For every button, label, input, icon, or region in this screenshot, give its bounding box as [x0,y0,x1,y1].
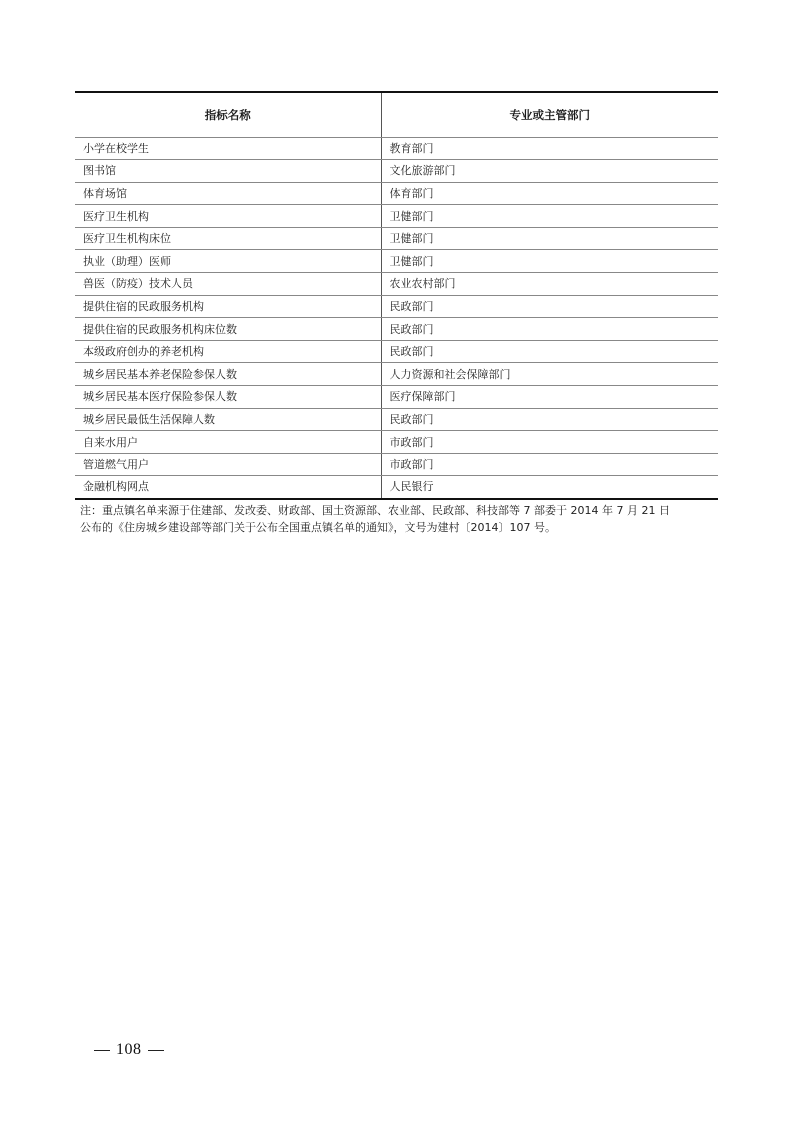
indicator-cell: 城乡居民最低生活保障人数 [75,408,381,431]
table-row: 自来水用户 市政部门 [75,431,718,454]
department-cell: 人力资源和社会保障部门 [381,363,718,386]
indicator-cell: 城乡居民基本医疗保险参保人数 [75,386,381,409]
table-row: 本级政府创办的养老机构 民政部门 [75,340,718,363]
department-cell: 卫健部门 [381,250,718,273]
department-cell: 卫健部门 [381,227,718,250]
document-page: 指标名称 专业或主管部门 小学在校学生 教育部门 图书馆 文化旅游部门 体育场馆… [0,0,793,1122]
table-row: 管道燃气用户 市政部门 [75,453,718,476]
indicator-department-table: 指标名称 专业或主管部门 小学在校学生 教育部门 图书馆 文化旅游部门 体育场馆… [75,91,718,500]
table-row: 体育场馆 体育部门 [75,182,718,205]
table-row: 提供住宿的民政服务机构床位数 民政部门 [75,318,718,341]
department-cell: 文化旅游部门 [381,160,718,183]
department-cell: 市政部门 [381,453,718,476]
indicator-cell: 自来水用户 [75,431,381,454]
table-row: 城乡居民最低生活保障人数 民政部门 [75,408,718,431]
footnote-line-1: 注：重点镇名单来源于住建部、发改委、财政部、国土资源部、农业部、民政部、科技部等… [80,502,720,519]
indicator-cell: 金融机构网点 [75,476,381,499]
footnote-line-2: 公布的《住房城乡建设部等部门关于公布全国重点镇名单的通知》，文号为建村〔2014… [80,519,720,536]
table-row: 图书馆 文化旅游部门 [75,160,718,183]
header-department: 专业或主管部门 [381,92,718,137]
indicator-cell: 城乡居民基本养老保险参保人数 [75,363,381,386]
indicator-cell: 提供住宿的民政服务机构床位数 [75,318,381,341]
indicator-cell: 本级政府创办的养老机构 [75,340,381,363]
indicator-cell: 管道燃气用户 [75,453,381,476]
dash-decoration-left [94,1050,110,1051]
department-cell: 医疗保障部门 [381,386,718,409]
table-row: 城乡居民基本医疗保险参保人数 医疗保障部门 [75,386,718,409]
indicator-cell: 图书馆 [75,160,381,183]
department-cell: 民政部门 [381,340,718,363]
indicator-cell: 体育场馆 [75,182,381,205]
department-cell: 教育部门 [381,137,718,160]
table-footnote: 注：重点镇名单来源于住建部、发改委、财政部、国土资源部、农业部、民政部、科技部等… [80,502,720,536]
indicator-cell: 提供住宿的民政服务机构 [75,295,381,318]
table-header-row: 指标名称 专业或主管部门 [75,92,718,137]
department-cell: 体育部门 [381,182,718,205]
department-cell: 人民银行 [381,476,718,499]
indicator-cell: 医疗卫生机构 [75,205,381,228]
department-cell: 民政部门 [381,318,718,341]
indicator-cell: 兽医（防疫）技术人员 [75,273,381,296]
table-row: 执业（助理）医师 卫健部门 [75,250,718,273]
department-cell: 民政部门 [381,295,718,318]
header-indicator-name: 指标名称 [75,92,381,137]
page-number: 108 [116,1041,142,1058]
table-row: 医疗卫生机构床位 卫健部门 [75,227,718,250]
indicator-cell: 医疗卫生机构床位 [75,227,381,250]
indicator-table-container: 指标名称 专业或主管部门 小学在校学生 教育部门 图书馆 文化旅游部门 体育场馆… [75,91,718,500]
table-row: 提供住宿的民政服务机构 民政部门 [75,295,718,318]
dash-decoration-right [148,1050,164,1051]
table-row: 城乡居民基本养老保险参保人数 人力资源和社会保障部门 [75,363,718,386]
indicator-cell: 执业（助理）医师 [75,250,381,273]
indicator-cell: 小学在校学生 [75,137,381,160]
department-cell: 市政部门 [381,431,718,454]
department-cell: 民政部门 [381,408,718,431]
table-row: 兽医（防疫）技术人员 农业农村部门 [75,273,718,296]
table-row: 医疗卫生机构 卫健部门 [75,205,718,228]
department-cell: 农业农村部门 [381,273,718,296]
department-cell: 卫健部门 [381,205,718,228]
table-row: 金融机构网点 人民银行 [75,476,718,499]
page-number-footer: 108 [88,1041,170,1059]
table-row: 小学在校学生 教育部门 [75,137,718,160]
